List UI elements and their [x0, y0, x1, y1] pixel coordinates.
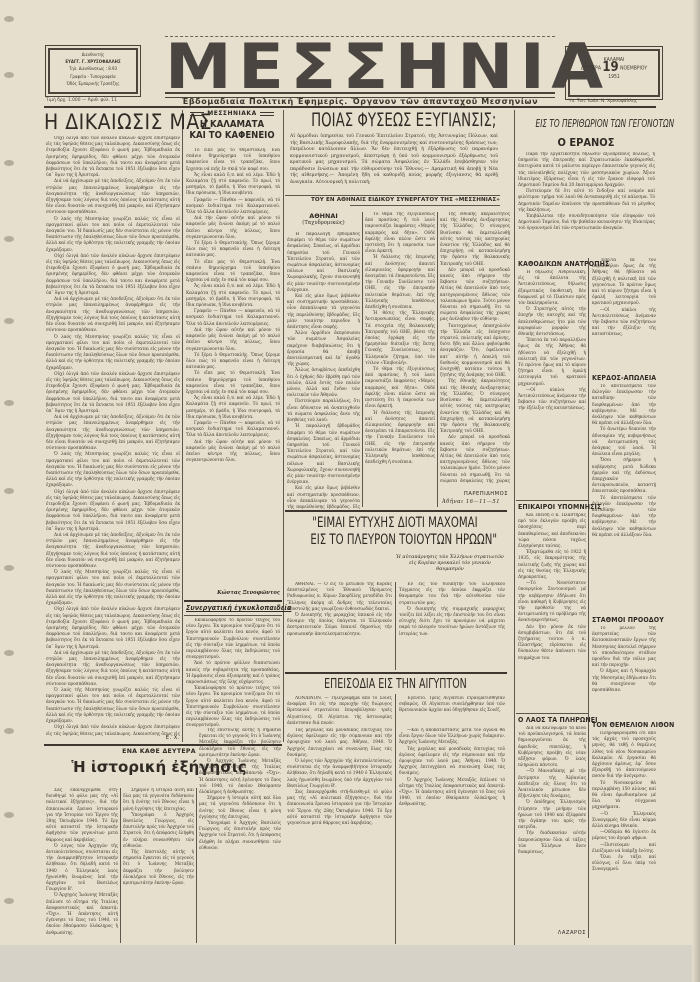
paragraph: Διά νά ἀρχίσωμεν μέ τάς ἀποδείξεις, ἀξιο…: [46, 651, 180, 688]
article-themelios-body: Πληροφορούμεθα ὅτι ἀπό τάς ἀρχάς τοῦ προ…: [592, 731, 656, 939]
headline-synergatiki: Συνεργατική ἐγκυκλοπαιδεία: [186, 604, 280, 612]
paragraph: Διά τήν ὥραν αὐτήν καί μόνον τό καφενεῖο…: [186, 440, 280, 465]
paragraph: Σήμερον ἡ ἱστορία αὐτή καί ὅλα μας τά γε…: [123, 788, 194, 813]
paragraph: Ἔπειτα ἐκ τοῦ παραλλήλου ὅμως ἐκ τῆς Ἀθή…: [518, 338, 586, 388]
paragraph: Ἀπό τό πρῶτον φύλλον διαπιστώνει κανείς …: [186, 661, 280, 686]
newspaper-subtitle: Ἑβδομαδιαία Πολιτική Ἐφημερίς. Ὄργανον τ…: [165, 97, 555, 106]
paragraph: Ὑπογράφει ὁ Ἀρχηγός Βασιλεύς Γεώργιος, ε…: [199, 821, 281, 852]
article-poias-col3: Τῆς ἐθνικῆς ἀκεραιότητος καί τῆς ἐθνικῆς…: [440, 212, 510, 484]
article-stathmoi-body: Τό μέλλον τῆς ἐκστρατείας τῶν Κατασκευασ…: [592, 626, 656, 720]
paragraph: Ἡ παραλλαγή ἐβδομάδος ἐπιφέρει τό θέμα τ…: [287, 424, 360, 486]
paragraph: —Καί ἡ ἀποκατάστασις μετά τόν ἀγῶνα θά ε…: [399, 728, 505, 747]
headline-dikaiosis: Η ΔΙΚΑΙΩΣΙΣ ΜΑΣ: [44, 110, 180, 134]
byline-correspondent: ΤΟΥ ΕΝ ΑΘΗΝΑΙΣ ΕΙΔΙΚΟΥ ΣΥΝΕΡΓΑΤΟΥ ΤΗΣ «Μ…: [285, 197, 500, 203]
headline-poias-fyseos: ΠΟΙΑΣ ΦΥΣΕΩΣ ΕΞΥΓΙΑΝΣΙΣ;: [285, 109, 500, 131]
article-synergatiki-body: Ἐκυκλοφόρησε τό πρῶτον τεῦχος τοῦ νέου ἔ…: [186, 618, 280, 740]
signature-lazaros: ΛΑΖΑΡΟΣ: [518, 930, 586, 936]
paragraph: Ταυτοχρόνως ἀπασχολοῦν τήν Ἑλλάδα εἰς ἐν…: [440, 324, 510, 380]
paragraph: Ὑπογράφει ὁ Ἀρχηγός Βασιλεύς Γεώργιος, ε…: [123, 813, 194, 850]
office-address: Ὁδός Ἐμπορικῆς Τραπέζης: [50, 81, 136, 88]
paragraph: Οὐχί ὀλιγά ἀπό τῶν ἀναλόν κύκλων ἄρχισε …: [46, 254, 180, 297]
article-eranos-body: Παρά τήν ἐργατικότητα δηλώσιν ἀξιοπρεποῦ…: [518, 152, 655, 252]
paragraph: Τό μέλλον τῆς ἐκστρατείας τῶν Κατασκευασ…: [592, 626, 656, 669]
paragraph: Ὅλοι ἐν τάξει καί εὐλόγως, οἱ ὅλοι ὑπέρ …: [592, 855, 656, 874]
paragraph: Γραφεῖο — Πάνθεο — καφενεῖο, νά τό κοσμι…: [186, 198, 280, 217]
paragraph: Σας ἐπανερχόμεθα στή-διευθη-μέ τό φύλο μ…: [287, 790, 392, 827]
kicker-messiniaka: ΜΕΣΣΗΝΙΑΚΑ: [184, 110, 280, 117]
paragraph: ΛΟΝΔΙΝΟΝ. — Τηλεγράφημα ἀπό τό Σουέζ ἀνα…: [287, 696, 392, 724]
headline-kerdos-apoleia: ΚΕΡΔΟΣ-ΑΠΩΛΕΙΑ: [592, 374, 656, 382]
article-epikairoi-body: Καί ἐπειδή ὁ κ. Πλαστήρας πρό τῶν ἐκλογῶ…: [518, 513, 586, 709]
paragraph: Ἡ θέσις τῆς Ἑλληνικῆς Ἀντιπροσωπείας εἶν…: [365, 311, 435, 367]
paragraph: ΑΘΗΝΑΙ. — Ὁ εἰς τό μέτωπον τῆς Κορέας ἀπ…: [287, 582, 392, 613]
paragraph: Γραφεῖο — Πάνθεο — καφενεῖο, νά τό κοσμι…: [186, 421, 280, 440]
paragraph: Τό ξέρει ὁ Θεμιστοκλῆς. Ὅπως ξέρομε ὅλοι…: [186, 241, 280, 260]
signature-kalamata: Κώστας Ξενοφῶντος: [186, 590, 280, 596]
article-dikaiosis-body: Οὐχί ὀλιγά ἀπό τῶν ἀναλόν κύκλων ἄρχισε …: [46, 136, 180, 736]
paragraph: Ὁ Διοικητής τῆς μεραρχίας ἱππικοῦ εἰς τή…: [287, 613, 392, 638]
paragraph: Ὁ λόγος τῶν Ἀρχηγῶν τῆς ἀντιπολιτεύσεως,…: [46, 844, 118, 894]
office-label: Γραφεῖα - Τυπογραφεῖα: [50, 74, 136, 81]
paragraph: Ἐκυκλοφόρησε τό πρῶτον τεῦχος τοῦ νέου ἔ…: [186, 618, 280, 661]
paragraph: Ἐξαρτώμεθα εἰς τό 1922 ἤ 1935, εἰς ἐκκρε…: [518, 550, 586, 581]
lead-poias-fyseos: Αἱ ἀρμόδιαι ὑπηρεσίαι τοῦ Γενικοῦ Ἐπιτελ…: [290, 134, 498, 186]
paragraph: Ὁ λαός τῆς Μεσσηνίας γνωρίζει καλῶς τίς …: [46, 335, 180, 372]
paragraph: Ἄς εἶναι καλά ὅ,τι καί νά λέμε. Ἐδῶ ἡ Κα…: [186, 284, 280, 309]
paragraph: Τῆς ἐθνικῆς ἀκεραιότητος καί τῆς ἐθνικῆς…: [440, 379, 510, 435]
paragraph: Ἀλλοι ἀρμόδιοι ἐκπρόσωποι τῶν σωμάτων Ἀσ…: [287, 331, 360, 368]
month: ΝΟΕΜΒΡΙΟΥ: [620, 66, 647, 72]
article-istoriki-col5: —Καί ἡ ἀποκατάστασις μετά τόν ἀγῶνα θά ε…: [399, 728, 505, 938]
article-eimai-col2: Ἐν εἰς τόν διοικητήν τοῦ Ἑλληνικοῦ Τάγμα…: [399, 582, 505, 668]
paragraph: —Τό Νεοσύστατον ὑπουργεῖον Συντονισμοῦ μ…: [518, 581, 586, 624]
paragraph: —Ὁ Ἑλληνικός Συναγερμός δέν εἶναι κόμμα …: [592, 812, 656, 831]
paragraph: Δέν μπορεῖ νά προσδοκᾶ κανείς ἀπό σήμερο…: [440, 435, 510, 484]
paragraph: —Πιστεύομεν καί ἐλπίζομεν νά ὑπάρξῃ ἑνότ…: [592, 843, 656, 855]
paragraph: Ἐν εἰς τόν διοικητήν τοῦ Ἑλληνικοῦ Τάγμα…: [399, 582, 505, 607]
dateline-sub: (Ταχυδρομικῶς): [287, 220, 360, 226]
paragraph: Τό ξέρει ὁ Θεμιστοκλῆς. Ὅπως ξέρομε ὅλοι…: [186, 353, 280, 372]
date-box: ΚΑΛΑΜΑΙ ΔΕΥΤΕΡΑ 19 ΝΟΕΜΒΡΙΟΥ 1951: [568, 49, 660, 97]
messiniaka-header: ΜΕΣΣΗΝΙΑΚΑ Η ΚΑΛΑΜΑΤΑ ΚΑΙ ΤΟ ΚΑΦΕΝΕΙΟ: [184, 110, 280, 141]
paragraph: Ὁ λόγος τῶν Ἀρχηγῶν τῆς ἀντιπολιτεύσεως,…: [287, 759, 392, 790]
paragraph: Οὐχί ὀλιγά ἀπό τῶν ἀναλόν κύκλων ἄρχισε …: [46, 372, 180, 415]
article-poias-col2: Τό θέμα τῆς ἐξυγιάνσεως ἀπό πρασίνας ἤ τ…: [365, 212, 435, 507]
paragraph: Τάς μεγάλας καί μοναδικάς ἐπιτυχίας τοῦ …: [399, 747, 505, 778]
paragraph: Διά τήν ὥραν αὐτήν καί μόνον τό καφενεῖο…: [186, 216, 280, 241]
paragraph: Τό θέμα τῆς ἐξυγιάνσεως ἀπό πρασίνας ἤ τ…: [365, 212, 435, 255]
paragraph: Ὁ ἀπόδημος Ἑλληνισμός ἐτίμησεν τήν μνήμη…: [518, 800, 586, 831]
paragraph: Δέν ἦτο μόνον ἐκ τῶν ἀσυμβιβάστων, ὅτι ἐ…: [518, 625, 586, 662]
paragraph: Καί ἐπειδή ὁ κ. Πλαστήρας πρό τῶν ἐκλογῶ…: [518, 513, 586, 550]
article-epeisodia-col1: ΛΟΝΔΙΝΟΝ. — Τηλεγράφημα ἀπό τό Σουέζ ἀνα…: [287, 696, 392, 724]
scan-right-edge: [692, 0, 700, 982]
paragraph: Παρά τήν ἐργατικότητα δηλώσιν ἀξιοπρεποῦ…: [518, 152, 655, 189]
paragraph: Διά νά καλύψωμεν τά κενά τοῦ προϋπολογισ…: [518, 726, 586, 769]
article-kathodikon-cont: Ἔπειτα ἐκ τοῦ παραλλήλου ὅμως ἐκ τῆς Ἀθή…: [592, 258, 656, 354]
dateline-athens: ΑΘΗΝΑΙ: [287, 212, 360, 220]
publisher-phone: Τηλ. Διευθύνσεως : 8.93: [50, 66, 136, 73]
article-istoriki-col4: Τάς μεγάλας καί μοναδικάς ἐπιτυχίας τοῦ …: [287, 728, 392, 938]
paragraph: Οὐχί ὀλιγά ἀπό τῶν ἀναλόν κύκλων ἄρχισε …: [46, 490, 180, 533]
headline-themelios-lithos: ΤΟΝ ΘΕΜΕΛΙΟΝ ΛΙΘΟΝ: [592, 721, 656, 729]
paragraph: Τήν διαδικασίαν αὐτήν ἐκπροσώπησαν ὅλαι …: [518, 831, 586, 856]
paragraph: Ἔπειτα ἐκ τοῦ παραλλήλου ὅμως ἐκ τῆς Ἀθή…: [592, 258, 656, 308]
headline-kalamata-line2: ΚΑΙ ΤΟ ΚΑΦΕΝΕΙΟ: [184, 130, 280, 141]
section-perithorion: ΕΙΣ ΤΟ ΠΕΡΙΘΩΡΙΟΝ ΤΩΝ ΓΕΓΟΝΟΤΩΝ: [516, 118, 656, 130]
article-istoriki-col3: Τῆς ἐπιστολῆς αὐτῆς ἡ σημασία ἔγκειται ε…: [199, 728, 281, 938]
paragraph: Γραφεῖο — Πάνθεο — καφενεῖο, νά τό κοσμι…: [186, 309, 280, 328]
paragraph: Τό εἴπε μας τό Θεμιστοκλῆ. Ἐνα σπάνιο δη…: [186, 260, 280, 285]
article-istoriki-col2: Σήμερον ἡ ἱστορία αὐτή καί ὅλα μας τά γε…: [123, 788, 194, 938]
paragraph: Ὁ Ἀρχηγός Ἰωάννης Μεταξᾶς ἐπίλυσε τό αἴτ…: [199, 759, 281, 796]
paragraph: —Οὐδεμία θά ἐγίνετο ἐκ μέρους του ἀγορά …: [592, 830, 656, 842]
paragraph: Οὐχί ὀλιγά ἀπό τῶν ἀναλόν κύκλων ἄρχισε …: [46, 136, 180, 179]
paragraph: Διά νά ἀρχίσωμεν μέ τάς ἀποδείξεις, ἀξιο…: [46, 415, 180, 452]
paragraph: Ἡ διάλυσις τῆς ἐπιμονῆς καί ἀνόσητος ἀπα…: [365, 255, 435, 311]
paragraph: Τῆς ἐπιστολῆς αὐτῆς ἡ σημασία ἔγκειται ε…: [199, 728, 281, 759]
article-kerdos-body: Τό ἀποτελέσματα τῶν ἐκλογῶν ἐπικύρωσαν τ…: [592, 384, 656, 616]
headline-kalamata-line1: Η ΚΑΛΑΜΑΤΑ: [184, 119, 280, 130]
paragraph: Ὁ λαός τῆς Μεσσηνίας γνωρίζει καλῶς τίς …: [46, 217, 180, 254]
paragraph: Καί εἰς μίαν ὅμως ῥεβάνθιν καί συστηματι…: [287, 294, 360, 331]
masthead-bottom-rule: [44, 106, 656, 108]
paragraph: Ἄς εἶναι καλά ὅ,τι καί νά λέμε. Ἐδῶ ἡ Κα…: [186, 173, 280, 198]
publisher-box: Διευθυντής ΕΥΑΓΓ. Γ. ΧΡΥΣΟΦΑΛΛΗΣ Τηλ. Δι…: [48, 48, 138, 94]
paragraph: Ἄς εἶναι καλά ὅ,τι καί νά λέμε. Ἐδῶ ἡ Κα…: [186, 396, 280, 421]
binding-holes: [4, 0, 18, 982]
paragraph: Δέν μπορεῖ νά προσδοκᾶ κανείς ἀπό σήμερο…: [440, 268, 510, 324]
weekday: ΔΕΥΤΕΡΑ: [581, 66, 601, 72]
paragraph: Ὁ Στρατηγός αὐτός τήν ἐποχήν τῆς κατοχῆς…: [518, 307, 586, 338]
paragraph: Ἐκυκλοφόρησε τό πρῶτον τεῦχος τοῦ νέου ἔ…: [186, 686, 280, 729]
paragraph: Ἐγένετο. Τρεῖς Αἰγύπτιοι ἐτραυματίσθησαν…: [399, 696, 505, 715]
paragraph: Τό ἀποτελέσματα τῶν ἐκλογῶν ἐπικύρωσαν τ…: [592, 384, 656, 427]
newspaper-title: ΜΕΣΣΗΝΙΑ: [165, 38, 586, 96]
paragraph: Διά νά ἀρχίσωμεν μέ τάς ἀποδείξεις, ἀξιο…: [46, 179, 180, 216]
paragraph: Πιστεύομεν δέ ὅτι αὐτό τό ἔνδοξον καί νε…: [518, 189, 655, 214]
article-o-laos-body: Διά νά καλύψωμεν τά κενά τοῦ προϋπολογισ…: [518, 726, 586, 926]
paragraph: Καί εἰς μίαν ὅμως ῥεβάνθιν καί συστηματι…: [287, 486, 360, 510]
year: 1951: [570, 73, 658, 81]
paragraph: Τό εἴπε μας τό Θεμιστοκλῆ. Ἐνα σπάνιο δη…: [186, 371, 280, 396]
paragraph: Διά τήν ὥραν αὐτήν καί μόνον τό καφενεῖο…: [186, 328, 280, 353]
headline-eranos: Ο ΕΡΑΝΟΣ: [516, 136, 656, 149]
paragraph: Ὅσοι σήμερον ἡ κυβέρνησις μετά δώδεκα ἡμ…: [592, 458, 656, 495]
paragraph: Πληροφορούμεθα ὅτι ἀπό τάς ἀρχάς τοῦ προ…: [592, 731, 656, 781]
paragraph: Οὐχί ὀλιγά ἀπό τῶν ἀναλόν κύκλων ἄρχισε …: [46, 607, 180, 650]
publisher-label: Διευθυντής: [50, 52, 136, 59]
paragraph: Διά νά ἀρχίσωμεν μέ τάς ἀποδείξεις, ἀξιο…: [46, 533, 180, 570]
paragraph: Τάς μεγάλας καί μοναδικάς ἐπιτυχίας τοῦ …: [287, 728, 392, 759]
headline-epeisodia: ΕΠΕΙΣΟΔΙΑ ΕΙΣ ΤΗΝ ΑΙΓΥΠΤΟΝ: [284, 676, 506, 692]
paragraph: Ὁ Ἀρχηγός Ἰωάννης Μεταξᾶς ἐπίλυσε τό αἴτ…: [46, 893, 118, 936]
date-line: ΔΕΥΤΕΡΑ 19 ΝΟΕΜΒΡΙΟΥ: [570, 64, 658, 73]
price-line: Τιμή δρχ. 1.000 — Ἀριθ. φύλ. 11: [46, 98, 117, 103]
article-kalamata-body: Τό εἴπε μας τό Θεμιστοκλῆ. Ἐνα σπάνιο δη…: [186, 148, 280, 588]
headline-epikairoi: ΕΠΙΚΑΙΡΟΙ ΥΠΟΜΝΗΣΙΣ: [518, 503, 586, 511]
paragraph: Τῆς ἐπιστολῆς αὐτῆς ἡ σημασία ἔγκειται ε…: [123, 850, 194, 887]
signature-parepidimos: ΠΑΡΕΠΙΔΗΜΟΣ: [440, 491, 508, 497]
paragraph: Τό εἴπε μας τό Θεμιστοκλῆ. Ἐνα σπάνιο δη…: [186, 148, 280, 173]
paragraph: Ὁ λαός τῆς Μεσσηνίας γνωρίζει καλῶς τίς …: [46, 570, 180, 607]
paragraph: Τό ἀνωτέρω δεικνύει τήν ἀδυναμίαν τῆς κυ…: [592, 427, 656, 458]
paragraph: Ἄλλως ἀσυμβάτως ἀπεδείχθη ὅτι ὁ ἐχθρός δ…: [287, 368, 360, 399]
article-poias-col1: Ἡ παραλλαγή ἐβδομάδος ἐπιφέρει τό θέμα τ…: [287, 232, 360, 510]
scan-bottom-band: [0, 945, 700, 982]
headline-o-laos: Ο ΛΑΟΣ ΤΑ ΠΛΗΡΩΝΕΙ: [518, 716, 586, 724]
paragraph: Πιστεύομεν παραλλήλως, ὅτι εἶναι ἀδύνατο…: [287, 399, 360, 424]
article-epeisodia-col2: Ἐγένετο. Τρεῖς Αἰγύπτιοι ἐτραυματίσθησαν…: [399, 696, 505, 724]
editor-line: Ὑπ. Τυπ. Ἰωάν. Ν. Χρυσοφάλλης: [568, 99, 637, 104]
paragraph: Σας ἐπανερχόμεθα στή-διευθη-μέ τό φύλο μ…: [46, 788, 118, 844]
paragraph: Τό θέμα τῆς ἐξυγιάνσεως ἀπό πρασίνας ἤ τ…: [365, 367, 435, 410]
paragraph: Ὁ Δῆμος καί ἡ Νομαρχία τῆς Μεσσηνίας ἐδή…: [592, 669, 656, 694]
publisher-name: ΕΥΑΓΓ. Γ. ΧΡΥΣΟΦΑΛΛΗΣ: [50, 59, 136, 66]
paragraph: —Ὁ Μανιαδάκης μέ τήν ἐκτίμησιν τῆς Ἀλβαν…: [518, 769, 586, 800]
paragraph: Διά νά ἀρχίσωμεν μέ τάς ἀποδείξεις, ἀξιο…: [46, 297, 180, 334]
article-istoriki-col1: Σας ἐπανερχόμεθα στή-διευθη-μέ τό φύλο μ…: [46, 788, 118, 938]
paragraph: Ἐπιβάλλεται τήν συνειδητοποίησιν τῶν εἰσ…: [518, 214, 655, 233]
paragraph: Ὁ διοικητής τῆς συμμαχικῆς μεραρχίας τον…: [399, 607, 505, 638]
paragraph: Ἡ δήλωσις Ἀνδρουλάκη, εἰς τά ἀπόλυτα τῆς…: [518, 270, 586, 307]
dateline-box: ΑΘΗΝΑΙ (Ταχυδρομικῶς): [287, 212, 360, 226]
article-eimai-col1: ΑΘΗΝΑΙ. — Ὁ εἰς τό μέτωπον τῆς Κορέας ἀπ…: [287, 582, 392, 668]
paragraph: Σήμερον ἡ ἱστορία αὐτή καί ὅλα μας τά γε…: [199, 796, 281, 821]
paragraph: —Οἱ κύκλοι τῆς Ἀντιπολιτεύσεως ἀνέμεναν …: [592, 308, 656, 339]
article-kathodikon-body: Ἡ δήλωσις Ἀνδρουλάκη, εἰς τά ἀπόλυτα τῆς…: [518, 270, 586, 450]
paragraph: Ἡ παραλλαγή ἐβδομάδος ἐπιφέρει τό θέμα τ…: [287, 232, 360, 294]
paragraph: Τό Νοσοκομεῖον θά περιλαμβάνῃ 150 κλίνας…: [592, 781, 656, 812]
paragraph: Τό ἀποτελέσματα τῶν ἐκλογῶν ἐπικύρωσαν τ…: [592, 496, 656, 539]
headline-stathmoi-proodou: ΣΤΑΘΜΟΙ ΠΡΟΟΔΟΥ: [592, 616, 656, 624]
paragraph: Ἡ διάλυσις τῆς ἐπιμονῆς καί ἀνόσητος ἀπα…: [365, 411, 435, 467]
subhead-eimai-eytyxis: Ἡ αὐταπάρνησις τῶν Ἑλλήνων στρατιωτῶν εἰ…: [395, 555, 505, 574]
newspaper-page: Διευθυντής ΕΥΑΓΓ. Γ. ΧΡΥΣΟΦΑΛΛΗΣ Τηλ. Δι…: [0, 0, 700, 982]
paragraph: Τῆς ἐθνικῆς ἀκεραιότητος καί τῆς ἐθνικῆς…: [440, 212, 510, 268]
signature-dikaiosis: Ε. Χ.: [46, 735, 180, 741]
paragraph: Ὁ λαός τῆς Μεσσηνίας γνωρίζει καλῶς τίς …: [46, 452, 180, 489]
signature-date: Ἀθῆναι 16—11—51: [440, 499, 500, 505]
headline-kathodikon: ΚΑΘΟΔΙΚΩΝ ΑΝΑΤΡΟΠΗΣ: [518, 260, 586, 268]
paragraph: Ὁ λαός τῆς Μεσσηνίας γνωρίζει καλῶς τίς …: [46, 688, 180, 725]
headline-eimai-eytyxis: "ΕΙΜΑΙ ΕΥΤΥΧΗΣ ΔΙΟΤΙ ΜΑΧΟΜΑΙ ΕΙΣ ΤΟ ΠΛΕΥ…: [284, 515, 506, 549]
paragraph: —Οἱ κύκλοι τῆς Ἀντιπολιτεύσεως ἀνέμεναν …: [518, 388, 586, 413]
paragraph: Ὁ Ἀρχηγός Ἰωάννης Μεταξᾶς ἐπίλυσε τό αἴτ…: [399, 778, 505, 809]
